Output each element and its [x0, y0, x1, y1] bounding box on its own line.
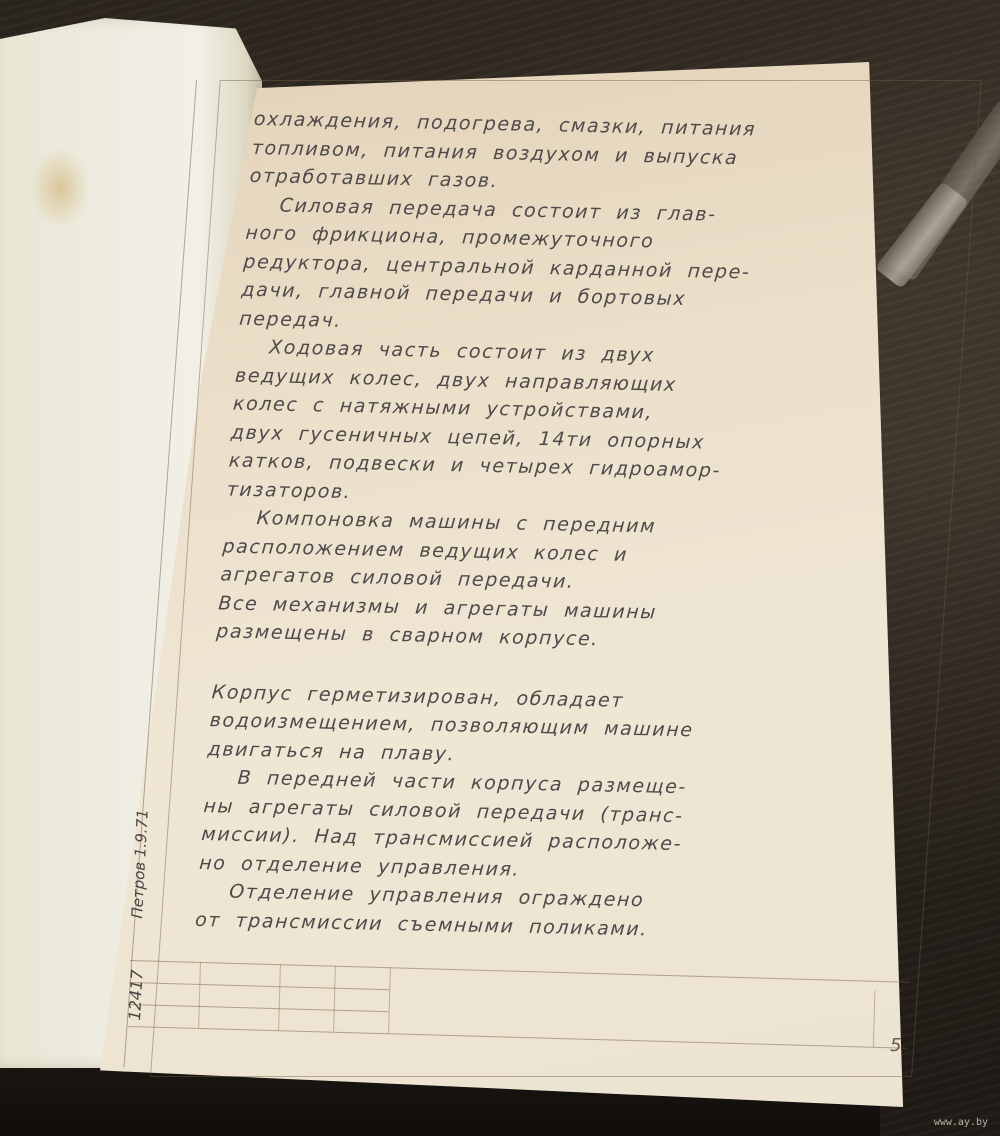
margin-inventory-number: 12417 [125, 969, 147, 1021]
handwritten-text-block: охлаждения, подогрева, смазки, питания т… [194, 105, 875, 947]
page-number: 5 [890, 1035, 901, 1056]
watermark: www.ay.by [934, 1117, 988, 1128]
paper-stain [30, 148, 90, 228]
